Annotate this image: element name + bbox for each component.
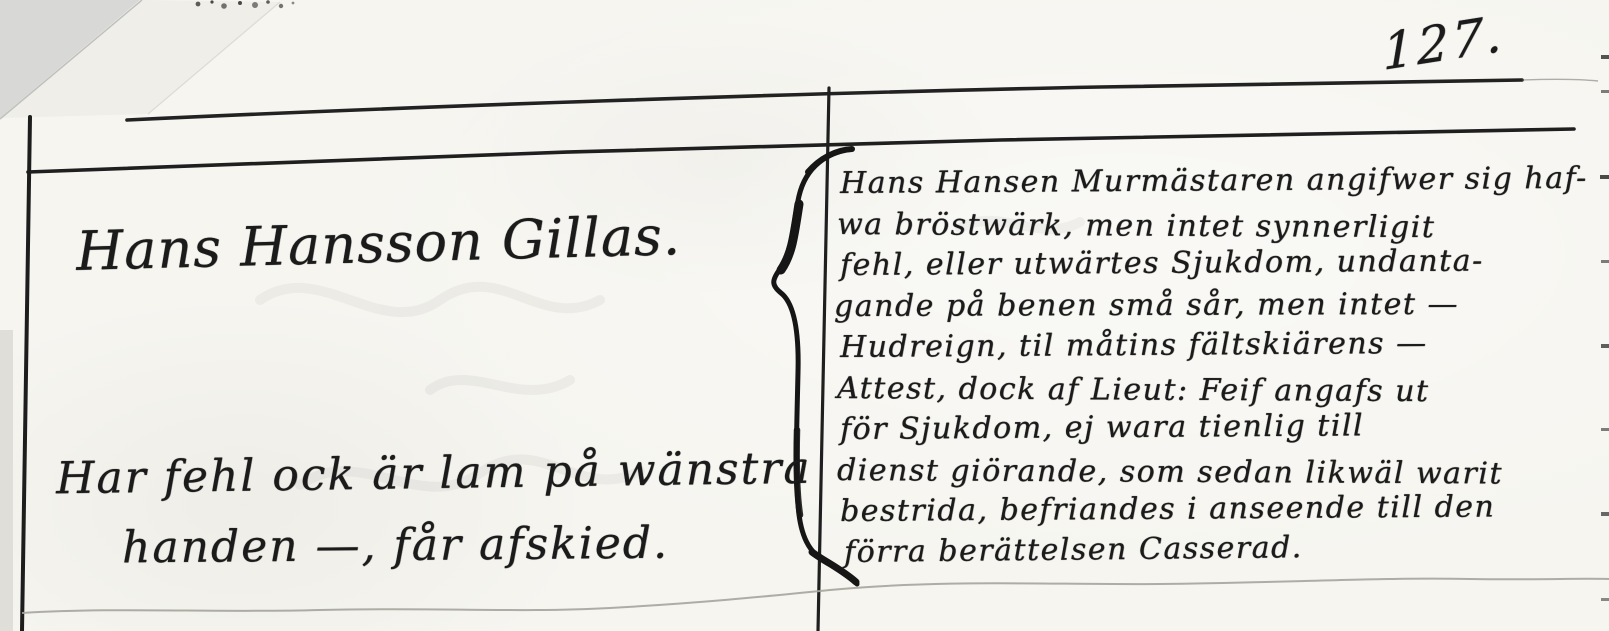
paper-edge-shadow <box>0 330 13 631</box>
record-text-line: Hans Hansen Murmästaren angifwer sig haf… <box>840 158 1600 204</box>
ruled-line-upper-tail <box>1522 79 1598 81</box>
record-text-line: gande på benen små sår, men intet — <box>834 283 1594 327</box>
record-text-line: för Sjukdom, ej wara tienlig till <box>840 404 1600 450</box>
scanned-document-page: 127. Hans Hansson Gillas. Har fehl ock ä… <box>0 0 1609 631</box>
scan-edge-ticks <box>1600 55 1609 601</box>
record-text-line: Hudreign, til måtins fältskiärens — <box>840 322 1600 368</box>
left-margin-rule <box>22 117 30 631</box>
margin-note-line: handen —, får afskied. <box>122 518 669 574</box>
margin-note-line: Har fehl ock är lam på wänstra <box>56 443 812 505</box>
record-text-line: förra berättelsen Casserad. <box>844 524 1604 573</box>
pencil-wavy-line <box>22 579 1609 613</box>
ruled-line-upper <box>127 80 1522 120</box>
record-text-block: Hans Hansen Murmästaren angifwer sig haf… <box>840 163 1600 573</box>
column-divider-rule <box>818 88 829 631</box>
record-text-line: fehl, eller utwärtes Sjukdom, undanta- <box>840 240 1600 286</box>
